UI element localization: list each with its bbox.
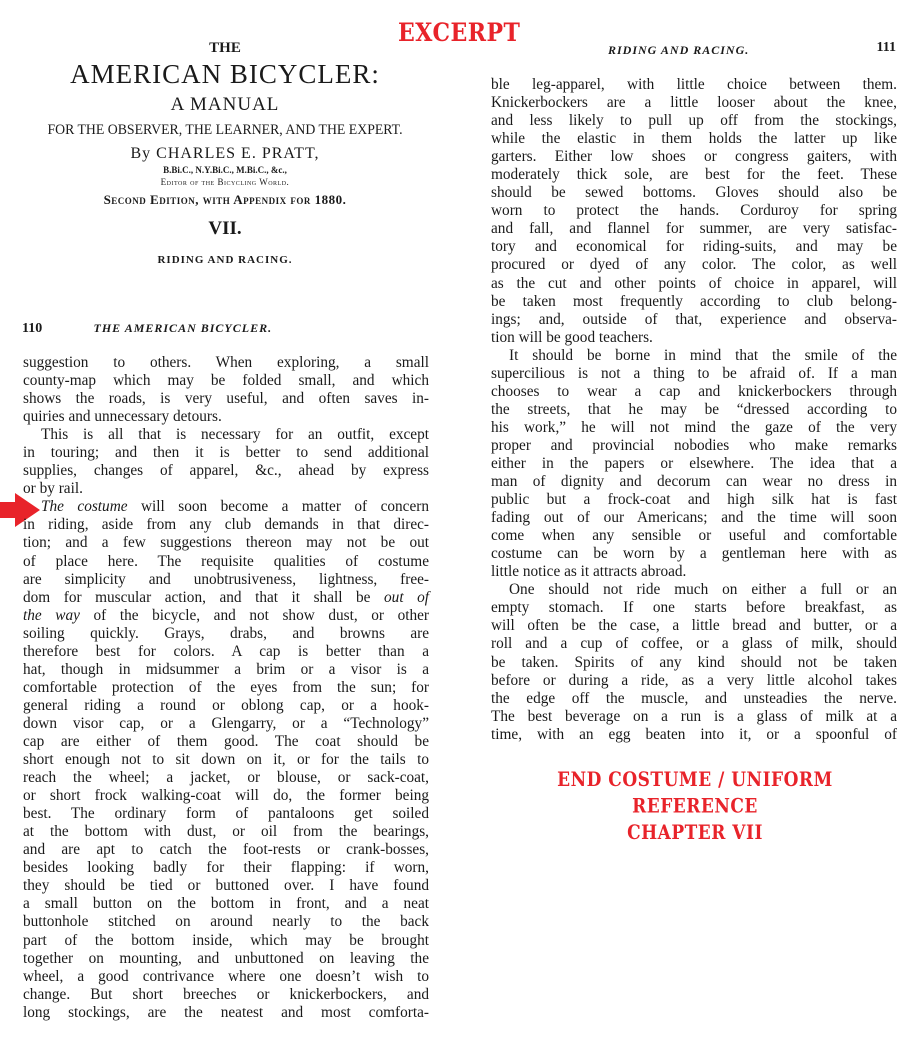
text-line: the edge off the muscle, and unsteadies …	[491, 690, 897, 708]
text-line: empty stomach. If one starts before brea…	[491, 599, 897, 617]
text-line: ble leg-apparel, with little choice betw…	[491, 76, 897, 94]
text-line: chooses to wear a cap and knickerbockers…	[491, 383, 897, 401]
text-line: should be sewed bottoms. Gloves should a…	[491, 184, 897, 202]
text-line: best. The ordinary form of pantaloons ge…	[23, 805, 429, 823]
text-line: Knickerbockers are a little looser about…	[491, 94, 897, 112]
text-line: hat, though in midsummer a brim or a vis…	[23, 661, 429, 679]
text-line: roll and a cup of coffee, or a glass of …	[491, 635, 897, 653]
text-line: or short frock walking-coat will do, the…	[23, 787, 429, 805]
author-degrees: B.Bi.C., N.Y.Bi.C., M.Bi.C., &c.,	[30, 165, 420, 175]
text-line: be taken. Spirits of any kind should not…	[491, 654, 897, 672]
text-line: are simplicity and unobtrusiveness, ligh…	[23, 571, 429, 589]
book-edition: Second Edition, with Appendix for 1880.	[30, 192, 420, 208]
text-line: and are apt to catch the foot-rests or c…	[23, 841, 429, 859]
text-line: down visor cap, or a Glengarry, or a “Te…	[23, 715, 429, 733]
text-line: together on mounting, and unbuttoned on …	[23, 950, 429, 968]
text-line: therefore best for colors. A cap is bett…	[23, 643, 429, 661]
text-line: besides looking badly for their flapping…	[23, 859, 429, 877]
left-page-number: 110	[22, 321, 42, 336]
end-note-line-1: END COSTUME / UNIFORM REFERENCE	[510, 768, 880, 821]
book-tagline: FOR THE OBSERVER, THE LEARNER, AND THE E…	[46, 122, 405, 139]
text-line: tory and economical for riding-suits, an…	[491, 238, 897, 256]
text-line: fading out of our Americans; and the tim…	[491, 509, 897, 527]
book-author: By CHARLES E. PRATT,	[30, 145, 420, 163]
text-line: a small button on the bottom in front, a…	[23, 895, 429, 913]
text-line: come when any sensible or useful and com…	[491, 527, 897, 545]
text-line: while the elastic in them holds the latt…	[491, 130, 897, 148]
text-line: procured or dyed of any color. The color…	[491, 256, 897, 274]
text-line: costume can be worn by a gentleman here …	[491, 545, 897, 563]
text-line: The costume will soon become a matter of…	[23, 498, 429, 516]
text-line: moderately thick sole, are best for the …	[491, 166, 897, 184]
text-line: tion; and a few suggestions thereon may …	[23, 534, 429, 552]
author-editor-line: Editor of the Bicycling World.	[30, 177, 420, 187]
text-line: change. But short breeches or knickerboc…	[23, 986, 429, 1004]
text-line: general riding a round or oblong cap, or…	[23, 697, 429, 715]
end-note: END COSTUME / UNIFORM REFERENCE CHAPTER …	[510, 768, 880, 847]
end-note-line-2: CHAPTER VII	[510, 821, 880, 847]
text-line: or by rail.	[23, 480, 429, 498]
text-line: county-map which may be folded small, an…	[23, 372, 429, 390]
right-page-body: ble leg-apparel, with little choice betw…	[491, 76, 897, 744]
text-line: dom for muscular action, and that it sha…	[23, 589, 429, 607]
chapter-number: VII.	[30, 218, 420, 240]
text-line: be taken most frequently according to cl…	[491, 293, 897, 311]
text-line: of place here. The requisite qualities o…	[23, 553, 429, 571]
text-line: either in the papers or elsewhere. The i…	[491, 455, 897, 473]
text-line: before or during a ride, as a very littl…	[491, 672, 897, 690]
text-line: time, with an egg beaten into it, or a s…	[491, 726, 897, 744]
text-line: cap are either of them good. The coat sh…	[23, 733, 429, 751]
text-line: public but a frock-coat and high silk ha…	[491, 491, 897, 509]
book-title: AMERICAN BICYCLER:	[30, 59, 420, 90]
text-line: and fall, and flannel for summer, are ve…	[491, 220, 897, 238]
text-line: garters. Either low shoes or congress ga…	[491, 148, 897, 166]
text-line: buttonhole stitched on around nearly to …	[23, 913, 429, 931]
text-line: and less likely to pull up off from the …	[491, 112, 897, 130]
text-line: It should be borne in mind that the smil…	[491, 347, 897, 365]
text-line: ings; and, outside of that, experience a…	[491, 311, 897, 329]
left-page-body: suggestion to others. When exploring, a …	[23, 354, 429, 1022]
text-line: The best beverage on a run is a glass of…	[491, 708, 897, 726]
text-line: wheel, a good contrivance where one does…	[23, 968, 429, 986]
text-line: comfortable protection of the eyes from …	[23, 679, 429, 697]
right-running-head: RIDING AND RACING. 111	[490, 42, 896, 58]
text-line: reach the wheel; a jacket, or blouse, or…	[23, 769, 429, 787]
text-line: the streets, that he may be “dressed acc…	[491, 401, 897, 419]
text-line: supplies, changes of apparel, &c., ahead…	[23, 462, 429, 480]
text-line: soiling quickly. Grays, drabs, and brown…	[23, 625, 429, 643]
text-line: they should be tied or buttoned over. I …	[23, 877, 429, 895]
title-the: THE	[30, 40, 420, 57]
text-line: the way of the bicycle, and not show dus…	[23, 607, 429, 625]
text-line: proper and provincial nobodies who make …	[491, 437, 897, 455]
text-line: short enough not to sit down on it, or f…	[23, 751, 429, 769]
text-line: little notice as it attracts abroad.	[491, 563, 897, 581]
text-line: long stockings, are the neatest and most…	[23, 1004, 429, 1022]
text-line: in riding, aside from any club demands i…	[23, 516, 429, 534]
text-line: in touring; and then it is better to sen…	[23, 444, 429, 462]
text-line: supercilious is not a thing to be afraid…	[491, 365, 897, 383]
left-running-head: 110 THE AMERICAN BICYCLER.	[22, 320, 422, 337]
text-line: part of the bottom inside, which may be …	[23, 932, 429, 950]
text-line: his work,” he will not mind the gaze of …	[491, 419, 897, 437]
text-line: man of dignity and decorum can wear no d…	[491, 473, 897, 491]
book-subtitle: A MANUAL	[30, 94, 420, 116]
left-running-title: THE AMERICAN BICYCLER.	[93, 321, 272, 335]
title-page-block: THE AMERICAN BICYCLER: A MANUAL FOR THE …	[30, 40, 420, 266]
text-line: will often be the case, a little bread a…	[491, 617, 897, 635]
text-line: quiries and unnecessary detours.	[23, 408, 429, 426]
text-line: One should not ride much on either a ful…	[491, 581, 897, 599]
text-line: This is all that is necessary for an out…	[23, 426, 429, 444]
text-line: tion will be good teachers.	[491, 329, 897, 347]
text-line: as the cut and other points of choice in…	[491, 275, 897, 293]
chapter-title: RIDING AND RACING.	[30, 254, 420, 266]
text-line: at the bottom with dust, or oil from the…	[23, 823, 429, 841]
text-line: shows the roads, is very useful, and oft…	[23, 390, 429, 408]
text-line: suggestion to others. When exploring, a …	[23, 354, 429, 372]
text-line: worn to protect the hands. Corduroy for …	[491, 202, 897, 220]
right-running-title: RIDING AND RACING.	[608, 43, 749, 57]
right-page-number: 111	[877, 40, 896, 56]
